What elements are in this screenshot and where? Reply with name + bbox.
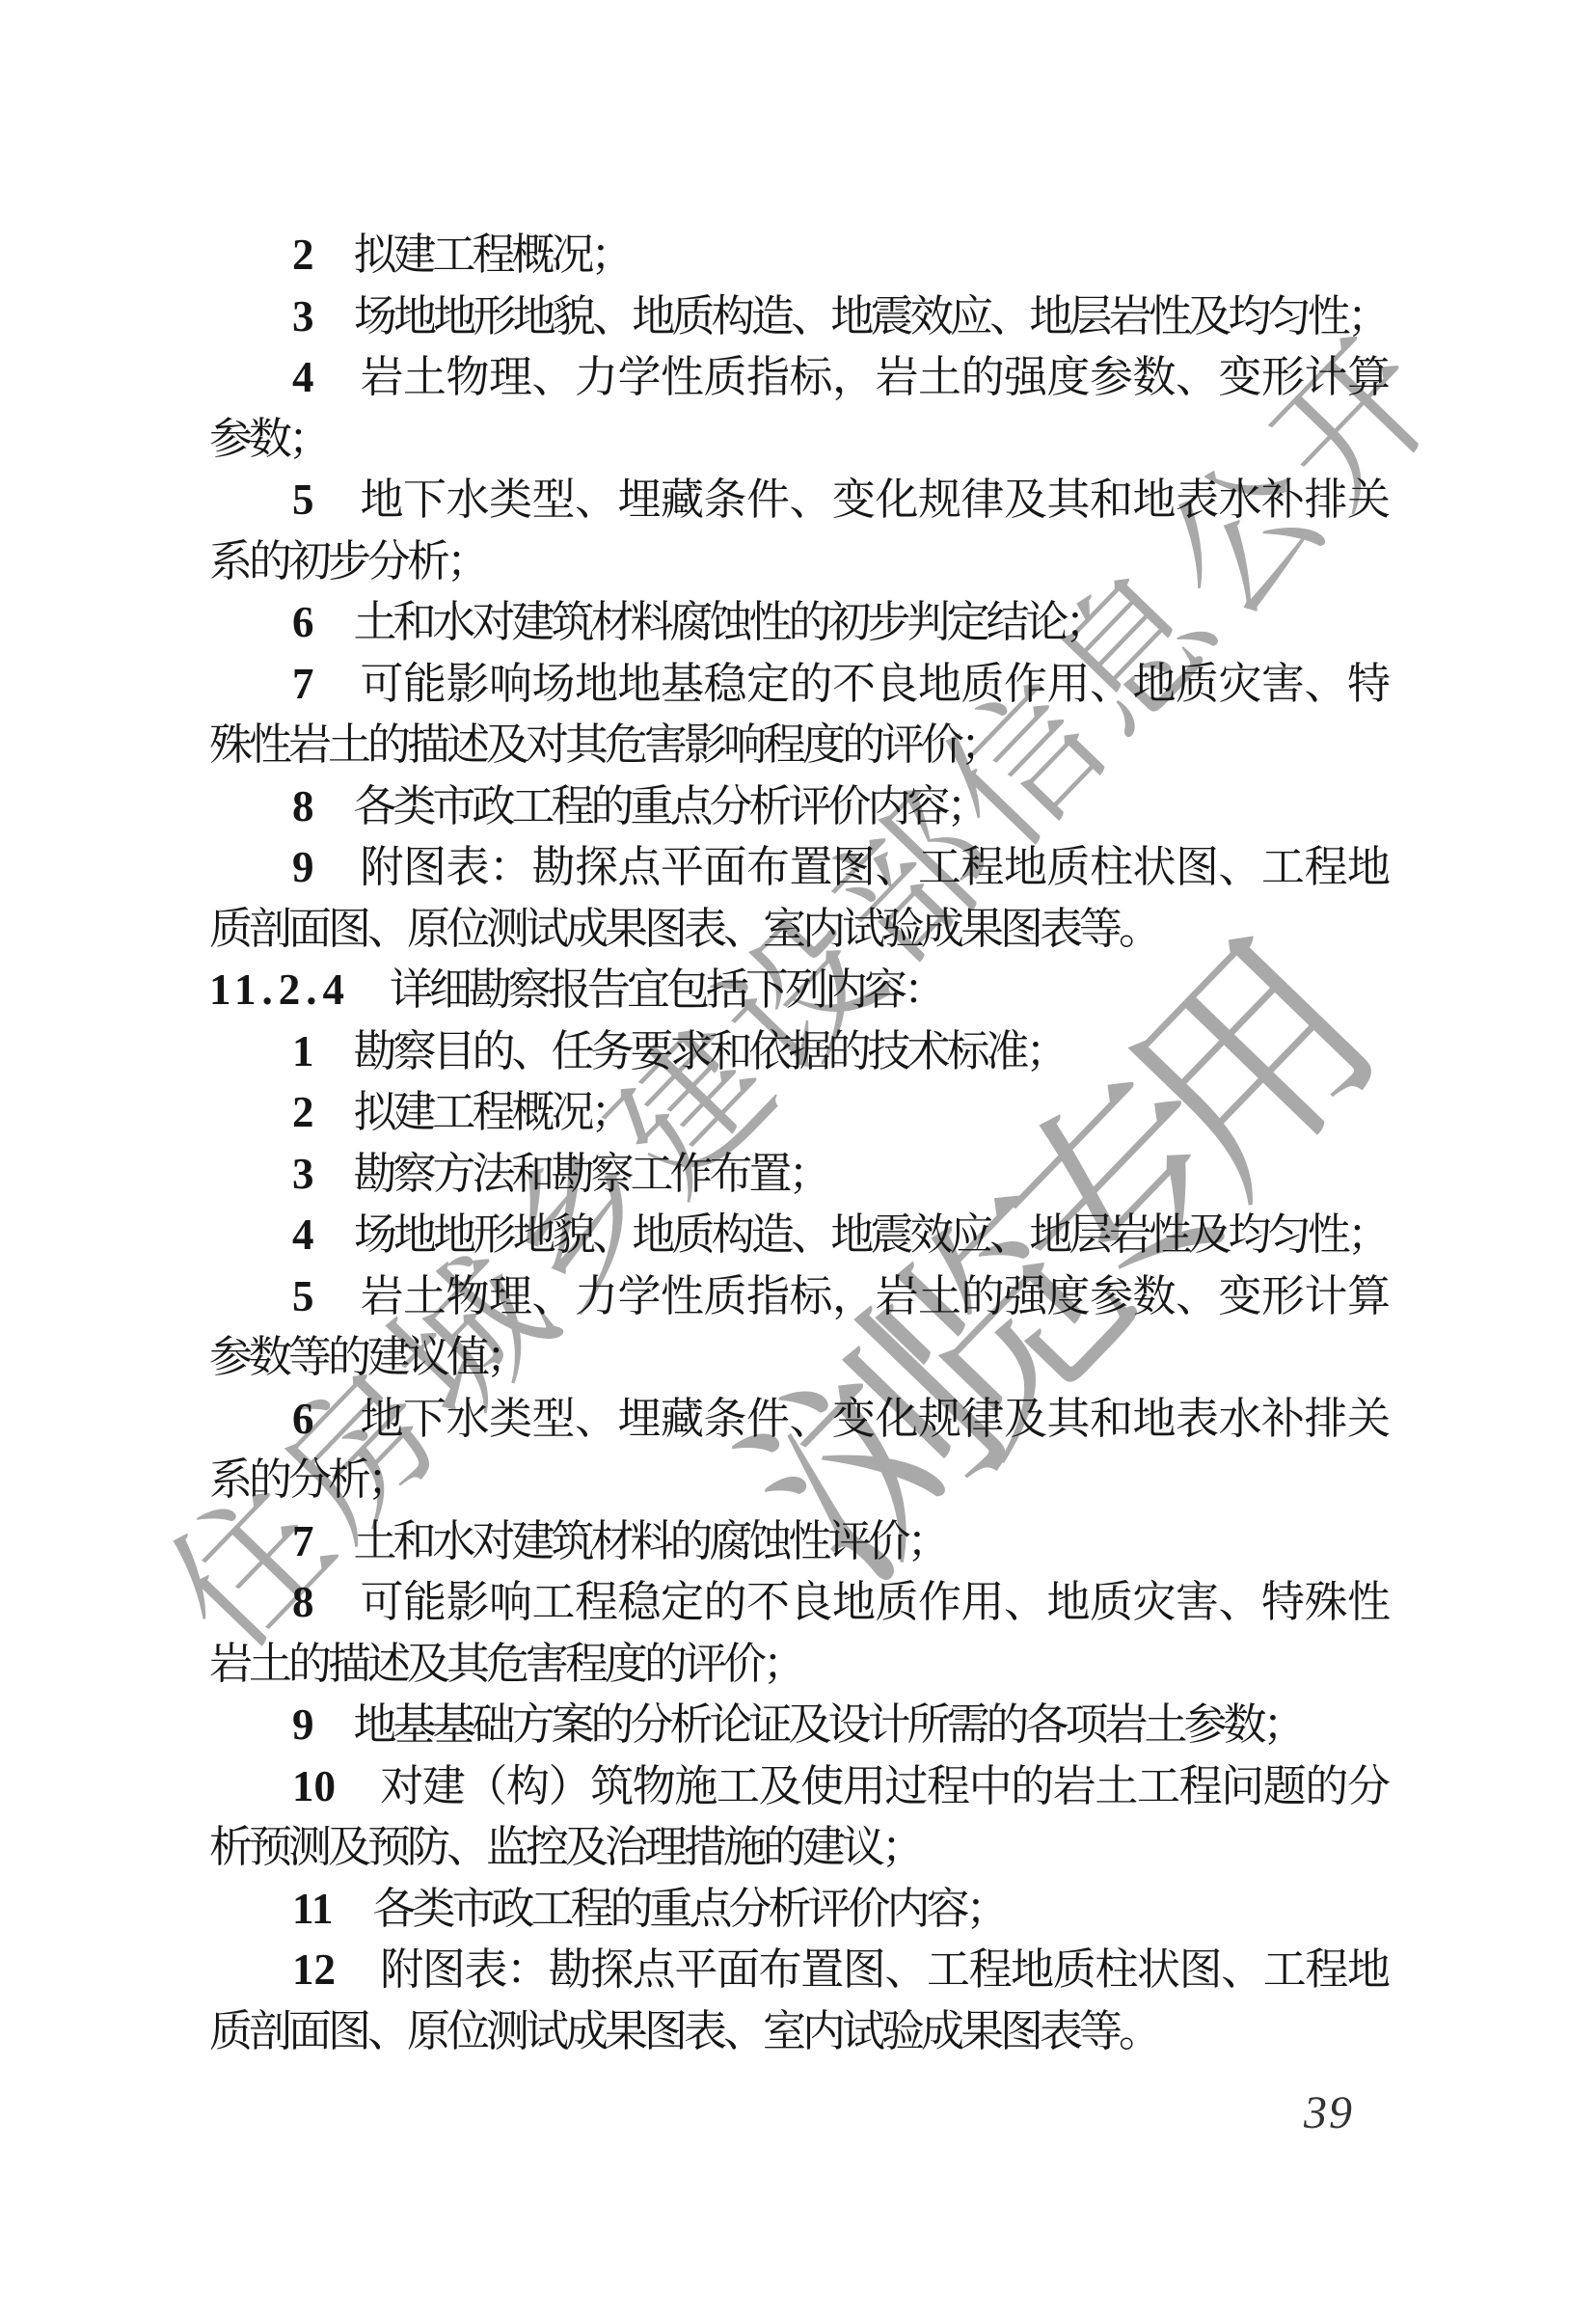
line-text: 地基基础方案的分析论证及设计所需的各项岩土参数； bbox=[354, 1700, 1303, 1749]
text-line: 9 附图表：勘探点平面布置图、工程地质柱状图、工程地 bbox=[209, 837, 1387, 899]
item-number: 3 bbox=[292, 292, 314, 340]
item-number: 10 bbox=[292, 1762, 336, 1810]
line-text: 场地地形地貌、地质构造、地震效应、地层岩性及均匀性； bbox=[354, 1210, 1387, 1259]
line-text: 析预测及预防、监控及治理措施的建议； bbox=[209, 1823, 921, 1871]
item-number: 5 bbox=[292, 1272, 314, 1320]
text-line: 6 地下水类型、埋藏条件、变化规律及其和地表水补排关 bbox=[209, 1389, 1387, 1451]
line-text: 附图表：勘探点平面布置图、工程地质柱状图、工程地 bbox=[361, 843, 1387, 891]
text-line: 11 各类市政工程的重点分析评价内容； bbox=[209, 1879, 1387, 1941]
page-number: 39 bbox=[1304, 2086, 1354, 2139]
document-page: 住房城乡建设部信息公开 浏览专用 2 拟建工程概况；3 场地地形地貌、地质构造、… bbox=[0, 0, 1596, 2311]
line-text: 地下水类型、埋藏条件、变化规律及其和地表水补排关 bbox=[361, 1395, 1387, 1443]
line-text: 各类市政工程的重点分析评价内容； bbox=[354, 782, 987, 830]
line-text: 详细勘察报告宜包括下列内容： bbox=[390, 965, 943, 1014]
item-number: 4 bbox=[292, 353, 314, 401]
item-number: 3 bbox=[292, 1150, 314, 1198]
item-number: 9 bbox=[292, 1700, 314, 1749]
text-line: 7 土和水对建筑材料的腐蚀性评价； bbox=[209, 1511, 1387, 1573]
line-text: 地下水类型、埋藏条件、变化规律及其和地表水补排关 bbox=[361, 476, 1387, 524]
text-line: 4 场地地形地貌、地质构造、地震效应、地层岩性及均匀性； bbox=[209, 1205, 1387, 1266]
item-number: 8 bbox=[292, 1578, 314, 1626]
line-text: 勘察目的、任务要求和依据的技术标准； bbox=[354, 1027, 1066, 1075]
text-line: 质剖面图、原位测试成果图表、室内试验成果图表等。 bbox=[209, 2001, 1387, 2063]
line-text: 参数等的建议值； bbox=[209, 1333, 526, 1381]
document-body: 2 拟建工程概况；3 场地地形地貌、地质构造、地震效应、地层岩性及均匀性；4 岩… bbox=[209, 225, 1387, 2062]
item-number: 6 bbox=[292, 1395, 314, 1443]
item-number: 9 bbox=[292, 843, 314, 891]
line-text: 附图表：勘探点平面布置图、工程地质柱状图、工程地 bbox=[380, 1945, 1387, 1994]
text-line: 岩土的描述及其危害程度的评价； bbox=[209, 1634, 1387, 1696]
line-text: 可能影响场地地基稳定的不良地质作用、地质灾害、特 bbox=[361, 660, 1387, 708]
line-text: 可能影响工程稳定的不良地质作用、地质灾害、特殊性 bbox=[361, 1578, 1387, 1626]
line-text: 土和水对建筑材料腐蚀性的初步判定结论； bbox=[354, 598, 1105, 646]
line-text: 殊性岩土的描述及对其危害影响程度的评价； bbox=[209, 720, 1000, 769]
line-text: 拟建工程概况； bbox=[354, 231, 631, 279]
text-line: 4 岩土物理、力学性质指标，岩土的强度参数、变形计算 bbox=[209, 347, 1387, 409]
line-text: 质剖面图、原位测试成果图表、室内试验成果图表等。 bbox=[209, 2007, 1158, 2055]
text-line: 3 场地地形地貌、地质构造、地震效应、地层岩性及均匀性； bbox=[209, 286, 1387, 348]
text-line: 11.2.4 详细勘察报告宜包括下列内容： bbox=[209, 960, 1387, 1021]
item-number: 5 bbox=[292, 476, 314, 524]
text-line: 殊性岩土的描述及对其危害影响程度的评价； bbox=[209, 715, 1387, 776]
item-number: 12 bbox=[292, 1945, 336, 1994]
line-text: 岩土物理、力学性质指标，岩土的强度参数、变形计算 bbox=[361, 1272, 1387, 1320]
item-number: 2 bbox=[292, 1088, 314, 1136]
line-text: 岩土物理、力学性质指标，岩土的强度参数、变形计算 bbox=[361, 353, 1387, 401]
text-line: 9 地基基础方案的分析论证及设计所需的各项岩土参数； bbox=[209, 1695, 1387, 1756]
line-text: 场地地形地貌、地质构造、地震效应、地层岩性及均匀性； bbox=[354, 292, 1387, 340]
text-line: 10 对建（构）筑物施工及使用过程中的岩土工程问题的分 bbox=[209, 1756, 1387, 1818]
text-line: 系的初步分析； bbox=[209, 531, 1387, 593]
item-number: 7 bbox=[292, 1517, 314, 1565]
line-text: 拟建工程概况； bbox=[354, 1088, 631, 1136]
text-line: 1 勘察目的、任务要求和依据的技术标准； bbox=[209, 1021, 1387, 1083]
item-number: 11.2.4 bbox=[209, 965, 350, 1014]
text-line: 7 可能影响场地地基稳定的不良地质作用、地质灾害、特 bbox=[209, 654, 1387, 716]
text-line: 3 勘察方法和勘察工作布置； bbox=[209, 1144, 1387, 1206]
item-number: 11 bbox=[292, 1885, 334, 1933]
line-text: 勘察方法和勘察工作布置； bbox=[354, 1150, 828, 1198]
line-text: 参数； bbox=[209, 415, 328, 463]
line-text: 对建（构）筑物施工及使用过程中的岩土工程问题的分 bbox=[380, 1762, 1387, 1810]
text-line: 质剖面图、原位测试成果图表、室内试验成果图表等。 bbox=[209, 899, 1387, 961]
item-number: 1 bbox=[292, 1027, 314, 1075]
text-line: 8 各类市政工程的重点分析评价内容； bbox=[209, 776, 1387, 838]
text-line: 系的分析； bbox=[209, 1450, 1387, 1511]
line-text: 系的分析； bbox=[209, 1455, 407, 1504]
item-number: 4 bbox=[292, 1210, 314, 1259]
text-line: 参数； bbox=[209, 409, 1387, 471]
line-text: 岩土的描述及其危害程度的评价； bbox=[209, 1640, 802, 1688]
item-number: 2 bbox=[292, 231, 314, 279]
text-line: 参数等的建议值； bbox=[209, 1327, 1387, 1389]
item-number: 6 bbox=[292, 598, 314, 646]
item-number: 8 bbox=[292, 782, 314, 830]
text-line: 12 附图表：勘探点平面布置图、工程地质柱状图、工程地 bbox=[209, 1940, 1387, 2001]
line-text: 各类市政工程的重点分析评价内容； bbox=[373, 1885, 1006, 1933]
line-text: 质剖面图、原位测试成果图表、室内试验成果图表等。 bbox=[209, 905, 1158, 953]
line-text: 系的初步分析； bbox=[209, 537, 486, 585]
text-line: 5 地下水类型、埋藏条件、变化规律及其和地表水补排关 bbox=[209, 470, 1387, 531]
text-line: 8 可能影响工程稳定的不良地质作用、地质灾害、特殊性 bbox=[209, 1572, 1387, 1634]
text-line: 6 土和水对建筑材料腐蚀性的初步判定结论； bbox=[209, 592, 1387, 654]
item-number: 7 bbox=[292, 660, 314, 708]
text-line: 5 岩土物理、力学性质指标，岩土的强度参数、变形计算 bbox=[209, 1266, 1387, 1328]
line-text: 土和水对建筑材料的腐蚀性评价； bbox=[354, 1517, 947, 1565]
text-line: 2 拟建工程概况； bbox=[209, 1082, 1387, 1144]
text-line: 析预测及预防、监控及治理措施的建议； bbox=[209, 1817, 1387, 1879]
text-line: 2 拟建工程概况； bbox=[209, 225, 1387, 286]
